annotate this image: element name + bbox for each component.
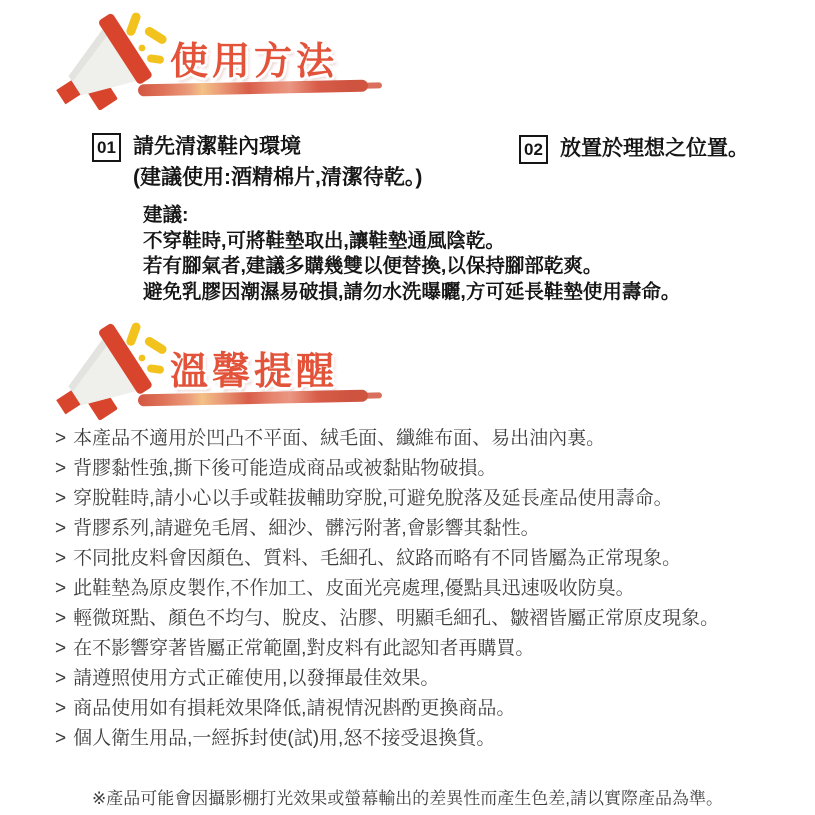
list-item-text: 本產品不適用於凹凸不平面、絨毛面、纖維布面、易出油內裏。 xyxy=(73,428,605,449)
list-item-text: 穿脫鞋時,請小心以手或鞋拔輔助穿脫,可避免脫落及延長產品使用壽命。 xyxy=(73,488,673,509)
step-01-number: 01 xyxy=(92,133,121,162)
advice-line: 避免乳膠因潮濕易破損,請勿水洗曝曬,方可延長鞋墊使用壽命。 xyxy=(143,280,680,306)
list-marker: > xyxy=(55,608,66,629)
list-item: >輕微斑點、顏色不均勻、脫皮、沾膠、明顯毛細孔、皺褶皆屬正常原皮現象。 xyxy=(55,604,785,634)
step-02-text: 放置於理想之位置。 xyxy=(560,133,749,164)
list-item: >背膠系列,請避免毛屑、細沙、髒污附著,會影響其黏性。 xyxy=(55,514,785,544)
list-item: >穿脫鞋時,請小心以手或鞋拔輔助穿脫,可避免脫落及延長產品使用壽命。 xyxy=(55,484,785,514)
advice-heading: 建議: xyxy=(143,203,680,229)
list-item-text: 背膠黏性強,撕下後可能造成商品或被黏貼物破損。 xyxy=(73,458,496,479)
list-item-text: 請遵照使用方式正確使用,以發揮最佳效果。 xyxy=(73,668,439,689)
footer-disclaimer: ※產品可能會因攝影棚打光效果或螢幕輸出的差異性而產生色差,請以實際產品為準。 xyxy=(0,784,815,809)
list-marker: > xyxy=(55,668,66,689)
list-item-text: 此鞋墊為原皮製作,不作加工、皮面光亮處理,優點具迅速吸收防臭。 xyxy=(73,578,635,599)
list-marker: > xyxy=(55,548,66,569)
usage-banner: 使用方法 xyxy=(50,8,730,118)
step-01-line2: (建議使用:酒精棉片,清潔待乾。) xyxy=(133,162,422,193)
list-item-text: 不同批皮料會因顏色、質料、毛細孔、紋路而略有不同皆屬為正常現象。 xyxy=(73,548,681,569)
step-02-line1: 放置於理想之位置。 xyxy=(560,133,749,164)
list-marker: > xyxy=(55,458,66,479)
reminder-list: >本產品不適用於凹凸不平面、絨毛面、纖維布面、易出油內裏。 >背膠黏性強,撕下後… xyxy=(55,424,785,754)
reminder-banner: 溫馨提醒 xyxy=(50,318,730,428)
list-item: >個人衛生用品,一經拆封使(試)用,怒不接受退換貨。 xyxy=(55,724,785,754)
step-01: 01 請先清潔鞋內環境 (建議使用:酒精棉片,清潔待乾。) xyxy=(92,131,422,193)
advice-line: 若有腳氣者,建議多購幾雙以便替換,以保持腳部乾爽。 xyxy=(143,254,680,280)
step-01-text: 請先清潔鞋內環境 (建議使用:酒精棉片,清潔待乾。) xyxy=(133,131,422,193)
step-01-line1: 請先清潔鞋內環境 xyxy=(133,131,422,162)
list-item-text: 背膠系列,請避免毛屑、細沙、髒污附著,會影響其黏性。 xyxy=(73,518,540,539)
list-marker: > xyxy=(55,428,66,449)
list-item-text: 輕微斑點、顏色不均勻、脫皮、沾膠、明顯毛細孔、皺褶皆屬正常原皮現象。 xyxy=(73,608,719,629)
usage-title: 使用方法 xyxy=(170,30,338,85)
list-item: >背膠黏性強,撕下後可能造成商品或被黏貼物破損。 xyxy=(55,454,785,484)
step-02-number: 02 xyxy=(519,135,548,164)
list-item-text: 商品使用如有損耗效果降低,請視情況斟酌更換商品。 xyxy=(73,698,515,719)
list-item: >在不影響穿著皆屬正常範圍,對皮料有此認知者再購買。 xyxy=(55,634,785,664)
list-item: >本產品不適用於凹凸不平面、絨毛面、纖維布面、易出油內裏。 xyxy=(55,424,785,454)
list-item-text: 在不影響穿著皆屬正常範圍,對皮料有此認知者再購買。 xyxy=(73,638,534,659)
list-marker: > xyxy=(55,638,66,659)
list-marker: > xyxy=(55,518,66,539)
reminder-title: 溫馨提醒 xyxy=(170,340,338,395)
list-item: >不同批皮料會因顏色、質料、毛細孔、紋路而略有不同皆屬為正常現象。 xyxy=(55,544,785,574)
advice-block: 建議: 不穿鞋時,可將鞋墊取出,讓鞋墊通風陰乾。 若有腳氣者,建議多購幾雙以便替… xyxy=(143,203,680,305)
list-marker: > xyxy=(55,578,66,599)
list-marker: > xyxy=(55,698,66,719)
list-item-text: 個人衛生用品,一經拆封使(試)用,怒不接受退換貨。 xyxy=(73,728,495,749)
step-02: 02 放置於理想之位置。 xyxy=(519,133,749,164)
instruction-sheet: 使用方法 01 請先清潔鞋內環境 (建議使用:酒精棉片,清潔待乾。) 02 放置… xyxy=(0,0,815,815)
list-item: >請遵照使用方式正確使用,以發揮最佳效果。 xyxy=(55,664,785,694)
list-marker: > xyxy=(55,488,66,509)
list-marker: > xyxy=(55,728,66,749)
list-item: >商品使用如有損耗效果降低,請視情況斟酌更換商品。 xyxy=(55,694,785,724)
list-item: >此鞋墊為原皮製作,不作加工、皮面光亮處理,優點具迅速吸收防臭。 xyxy=(55,574,785,604)
advice-line: 不穿鞋時,可將鞋墊取出,讓鞋墊通風陰乾。 xyxy=(143,229,680,255)
